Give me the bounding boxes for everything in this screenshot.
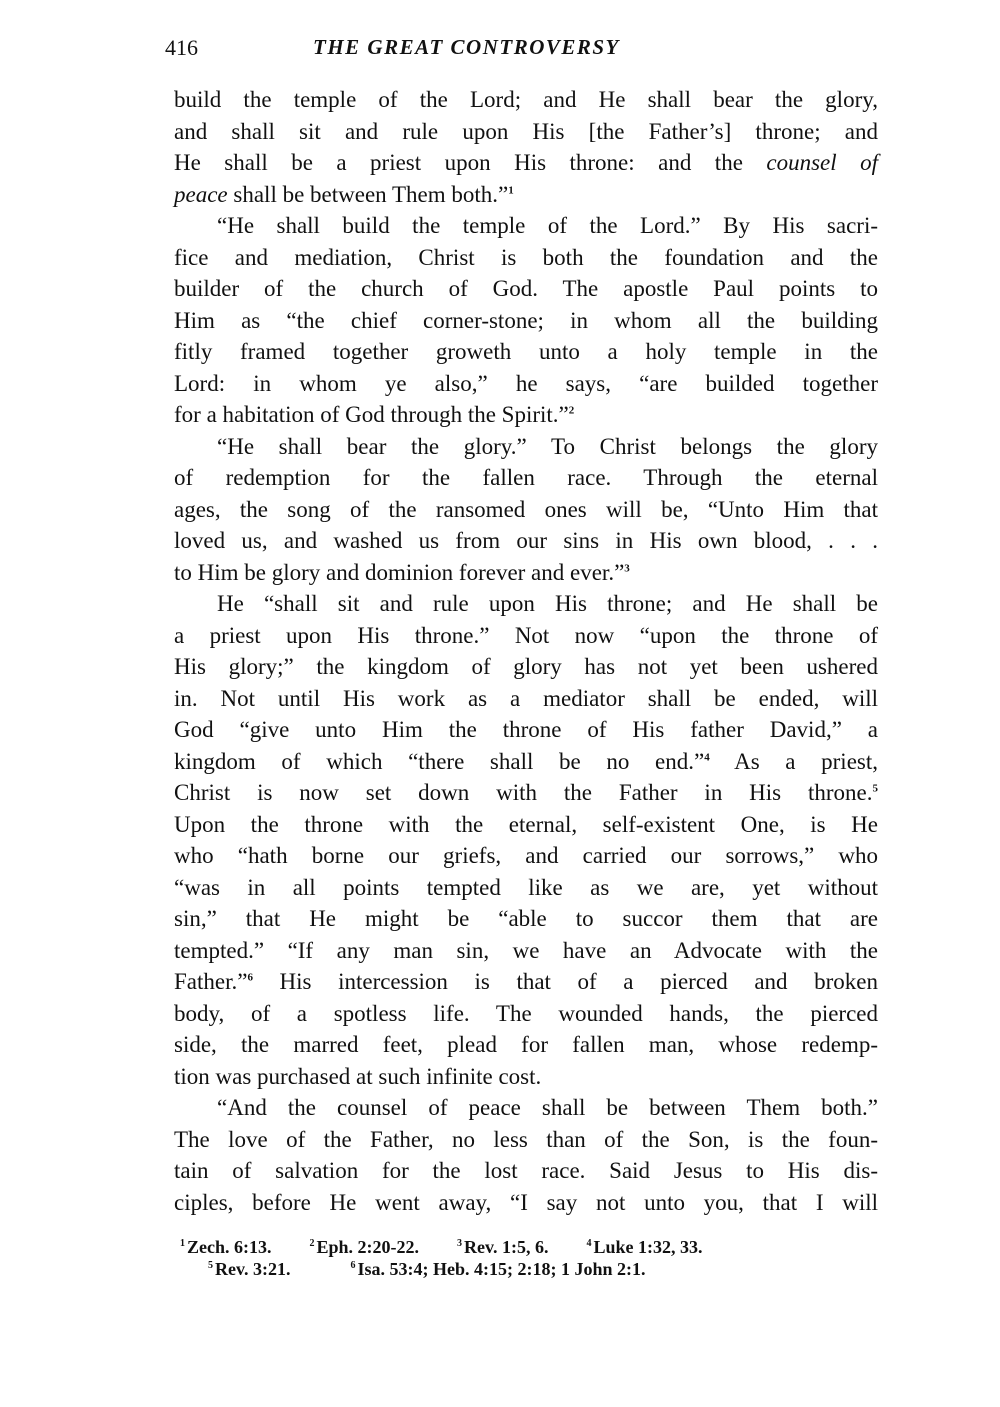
text-line: “was in all points tempted like as we ar… (174, 872, 878, 904)
text-line: ciples, before He went away, “I say not … (174, 1187, 878, 1219)
footnote-reference: 5 (873, 782, 879, 794)
footnote-citation: Rev. 3:21. (215, 1259, 291, 1279)
text-line: a priest upon His throne.” Not now “upon… (174, 620, 878, 652)
text-line: He shall be a priest upon His throne: an… (174, 147, 878, 179)
text-segment: His intercession is that of a pierced an… (253, 969, 878, 994)
italic-text: counsel of (766, 150, 878, 175)
text-line: fitly framed together groweth unto a hol… (174, 336, 878, 368)
footnote-number: 2 (310, 1238, 315, 1249)
text-segment: tain of salvation for the lost race. Sai… (174, 1158, 878, 1183)
footnote-item: 3Rev. 1:5, 6. (457, 1236, 549, 1258)
footnote-item: 5Rev. 3:21. (208, 1258, 291, 1280)
text-line: Christ is now set down with the Father i… (174, 777, 878, 809)
text-segment: He “shall sit and rule upon His throne; … (217, 591, 878, 616)
page-number: 416 (165, 35, 198, 61)
text-line: in. Not until His work as a mediator sha… (174, 683, 878, 715)
text-segment: ages, the song of the ransomed ones will… (174, 497, 878, 522)
text-line: “He shall build the temple of the Lord.”… (174, 210, 878, 242)
text-segment: Him as “the chief corner-stone; in whom … (174, 308, 878, 333)
footnote-reference: 2 (569, 404, 575, 416)
text-segment: “He shall build the temple of the Lord.”… (217, 213, 878, 238)
text-segment: Upon the throne with the eternal, self-e… (174, 812, 878, 837)
body-text: build the temple of the Lord; and He sha… (174, 84, 878, 1218)
text-segment: builder of the church of God. The apostl… (174, 276, 878, 301)
text-segment: to Him be glory and dominion forever and… (174, 560, 624, 585)
text-segment: Lord: in whom ye also,” he says, “are bu… (174, 371, 878, 396)
running-head: 416 THE GREAT CONTROVERSY (165, 35, 885, 65)
text-segment: build the temple of the Lord; and He sha… (174, 87, 878, 112)
footnote-citation: Isa. 53:4; Heb. 4:15; 2:18; 1 John 2:1. (358, 1259, 646, 1279)
text-line: Lord: in whom ye also,” he says, “are bu… (174, 368, 878, 400)
footnote-citation: Eph. 2:20-22. (317, 1237, 420, 1257)
text-segment: “He shall bear the glory.” To Christ bel… (217, 434, 878, 459)
text-segment: God “give unto Him the throne of His fat… (174, 717, 878, 742)
text-segment: tion was purchased at such infinite cost… (174, 1064, 541, 1089)
text-segment: Father.” (174, 969, 247, 994)
text-segment: sin,” that He might be “able to succor t… (174, 906, 878, 931)
text-segment: The love of the Father, no less than of … (174, 1127, 878, 1152)
text-line: Upon the throne with the eternal, self-e… (174, 809, 878, 841)
text-line: and shall sit and rule upon His [the Fat… (174, 116, 878, 148)
text-segment: shall be between Them both.” (228, 182, 509, 207)
text-line: Father.”6 His intercession is that of a … (174, 966, 878, 998)
text-segment: who “hath borne our griefs, and carried … (174, 843, 878, 868)
footnote-reference: 1 (508, 184, 514, 196)
text-segment: of redemption for the fallen race. Throu… (174, 465, 878, 490)
text-line: side, the marred feet, plead for fallen … (174, 1029, 878, 1061)
text-line: Him as “the chief corner-stone; in whom … (174, 305, 878, 337)
footnote-citation: Luke 1:32, 33. (594, 1237, 703, 1257)
text-line: peace shall be between Them both.”1 (174, 179, 878, 211)
text-line: “And the counsel of peace shall be betwe… (174, 1092, 878, 1124)
text-segment: kingdom of which “there shall be no end.… (174, 749, 704, 774)
footnote-citation: Rev. 1:5, 6. (464, 1237, 549, 1257)
text-segment: in. Not until His work as a mediator sha… (174, 686, 878, 711)
footnote-citation: Zech. 6:13. (187, 1237, 272, 1257)
text-segment: for a habitation of God through the Spir… (174, 402, 569, 427)
text-line: The love of the Father, no less than of … (174, 1124, 878, 1156)
text-segment: His glory;” the kingdom of glory has not… (174, 654, 878, 679)
text-line: kingdom of which “there shall be no end.… (174, 746, 878, 778)
book-title: THE GREAT CONTROVERSY (313, 35, 620, 60)
text-line: tion was purchased at such infinite cost… (174, 1061, 878, 1093)
text-line: to Him be glory and dominion forever and… (174, 557, 878, 589)
footnote-reference: 3 (624, 562, 630, 574)
text-segment: body, of a spotless life. The wounded ha… (174, 1001, 878, 1026)
text-segment: As a priest, (710, 749, 878, 774)
text-segment: “was in all points tempted like as we ar… (174, 875, 878, 900)
text-segment: Christ is now set down with the Father i… (174, 780, 873, 805)
text-segment: a priest upon His throne.” Not now “upon… (174, 623, 878, 648)
text-line: tempted.” “If any man sin, we have an Ad… (174, 935, 878, 967)
text-line: God “give unto Him the throne of His fat… (174, 714, 878, 746)
footnote-item: 4Luke 1:32, 33. (587, 1236, 703, 1258)
text-segment: fice and mediation, Christ is both the f… (174, 245, 878, 270)
text-segment: He shall be a priest upon His throne: an… (174, 150, 766, 175)
text-line: of redemption for the fallen race. Throu… (174, 462, 878, 494)
text-line: “He shall bear the glory.” To Christ bel… (174, 431, 878, 463)
footnote-number: 1 (180, 1238, 185, 1249)
text-segment: ciples, before He went away, “I say not … (174, 1190, 878, 1215)
book-page: 416 THE GREAT CONTROVERSY build the temp… (0, 0, 1000, 1407)
text-segment: loved us, and washed us from our sins in… (174, 528, 878, 553)
text-line: build the temple of the Lord; and He sha… (174, 84, 878, 116)
text-line: for a habitation of God through the Spir… (174, 399, 878, 431)
footnotes: 1Zech. 6:13.2Eph. 2:20-22.3Rev. 1:5, 6.4… (180, 1236, 880, 1280)
text-line: His glory;” the kingdom of glory has not… (174, 651, 878, 683)
footnote-item: 1Zech. 6:13. (180, 1236, 272, 1258)
text-segment: and shall sit and rule upon His [the Fat… (174, 119, 878, 144)
text-line: builder of the church of God. The apostl… (174, 273, 878, 305)
text-line: tain of salvation for the lost race. Sai… (174, 1155, 878, 1187)
text-line: who “hath borne our griefs, and carried … (174, 840, 878, 872)
footnote-row: 1Zech. 6:13.2Eph. 2:20-22.3Rev. 1:5, 6.4… (180, 1236, 880, 1258)
italic-text: peace (174, 182, 228, 207)
text-segment: side, the marred feet, plead for fallen … (174, 1032, 878, 1057)
text-line: fice and mediation, Christ is both the f… (174, 242, 878, 274)
text-segment: tempted.” “If any man sin, we have an Ad… (174, 938, 878, 963)
footnote-number: 4 (587, 1238, 592, 1249)
footnote-item: 6Isa. 53:4; Heb. 4:15; 2:18; 1 John 2:1. (351, 1258, 646, 1280)
text-line: loved us, and washed us from our sins in… (174, 525, 878, 557)
text-line: body, of a spotless life. The wounded ha… (174, 998, 878, 1030)
text-line: ages, the song of the ransomed ones will… (174, 494, 878, 526)
text-line: He “shall sit and rule upon His throne; … (174, 588, 878, 620)
footnote-number: 3 (457, 1238, 462, 1249)
footnote-item: 2Eph. 2:20-22. (310, 1236, 420, 1258)
footnote-number: 5 (208, 1260, 213, 1271)
text-segment: “And the counsel of peace shall be betwe… (217, 1095, 878, 1120)
footnote-row: 5Rev. 3:21.6Isa. 53:4; Heb. 4:15; 2:18; … (180, 1258, 880, 1280)
text-segment: fitly framed together groweth unto a hol… (174, 339, 878, 364)
text-line: sin,” that He might be “able to succor t… (174, 903, 878, 935)
footnote-number: 6 (351, 1260, 356, 1271)
